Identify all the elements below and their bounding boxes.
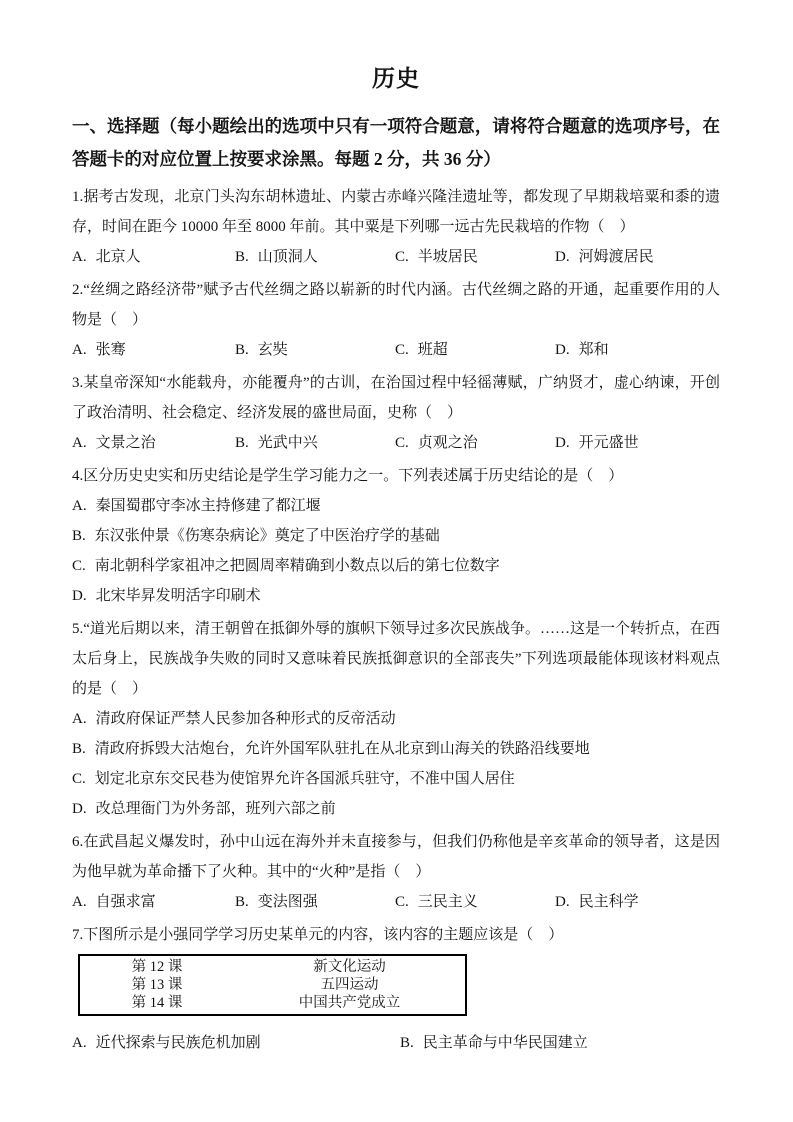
lesson-cell: 第 12 课	[80, 958, 234, 976]
option-b: B.光武中兴	[235, 428, 395, 458]
option-label: A.	[72, 249, 87, 265]
option-label: D.	[555, 894, 570, 910]
option-label: A.	[72, 711, 87, 727]
option-c: C.南北朝科学家祖冲之把圆周率精确到小数点以后的第七位数字	[72, 551, 720, 581]
option-d: D.开元盛世	[555, 428, 720, 458]
option-c: C.三民主义	[395, 887, 555, 917]
option-text: 改总理衙门为外务部，班列六部之前	[96, 801, 336, 817]
exam-page: 历史 一、选择题（每小题绘出的选项中只有一项符合题意，请将符合题意的选项序号，在…	[0, 0, 793, 1122]
question-6: 6.在武昌起义爆发时，孙中山远在海外并未直接参与，但我们仍称他是辛亥革命的领导者…	[72, 827, 720, 917]
option-label: C.	[72, 771, 86, 787]
section-heading: 一、选择题（每小题绘出的选项中只有一项符合题意，请将符合题意的选项序号，在答题卡…	[72, 110, 720, 176]
option-label: A.	[72, 342, 87, 358]
option-label: B.	[235, 249, 249, 265]
options-row: A.自强求富 B.变法图强 C.三民主义 D.民主科学	[72, 887, 720, 917]
table-row: 第 13 课 五四运动	[80, 976, 465, 994]
option-a: A.近代探索与民族危机加剧	[72, 1028, 400, 1058]
option-label: A.	[72, 435, 87, 451]
option-label: D.	[555, 249, 570, 265]
option-b: B.变法图强	[235, 887, 395, 917]
topic-cell: 中国共产党成立	[234, 994, 465, 1012]
option-text: 班超	[418, 342, 448, 358]
option-text: 郑和	[579, 342, 609, 358]
option-label: D.	[555, 342, 570, 358]
option-text: 清政府保证严禁人民参加各种形式的反帝活动	[96, 711, 396, 727]
option-text: 张骞	[96, 342, 126, 358]
question-1: 1.据考古发现，北京门头沟东胡林遗址、内蒙古赤峰兴隆洼遗址等，都发现了早期栽培粟…	[72, 182, 720, 272]
option-label: C.	[395, 342, 409, 358]
topic-cell: 五四运动	[234, 976, 465, 994]
option-text: 河姆渡居民	[579, 249, 654, 265]
option-text: 半坡居民	[418, 249, 478, 265]
option-label: B.	[400, 1035, 414, 1051]
option-label: D.	[72, 588, 87, 604]
option-text: 山顶洞人	[258, 249, 318, 265]
option-label: A.	[72, 1035, 87, 1051]
option-a: A.文景之治	[72, 428, 235, 458]
options-row: A.近代探索与民族危机加剧 B.民主革命与中华民国建立	[72, 1028, 720, 1058]
option-b: B.清政府拆毁大沽炮台，允许外国军队驻扎在从北京到山海关的铁路沿线要地	[72, 734, 720, 764]
option-label: C.	[395, 249, 409, 265]
option-text: 开元盛世	[579, 435, 639, 451]
option-d: D.民主科学	[555, 887, 720, 917]
question-stem: 7.下图所示是小强同学学习历史某单元的内容，该内容的主题应该是（ ）	[72, 920, 720, 950]
question-stem: 5.“道光后期以来，清王朝曾在抵御外辱的旗帜下领导过多次民族战争。……这是一个转…	[72, 614, 720, 704]
option-b: B.玄奘	[235, 335, 395, 365]
options-row: A.张骞 B.玄奘 C.班超 D.郑和	[72, 335, 720, 365]
option-text: 北宋毕昇发明活字印刷术	[96, 588, 261, 604]
option-label: C.	[395, 435, 409, 451]
option-a: A.清政府保证严禁人民参加各种形式的反帝活动	[72, 704, 720, 734]
question-3: 3.某皇帝深知“水能载舟，亦能覆舟”的古训，在治国过程中轻徭薄赋，广纳贤才，虚心…	[72, 368, 720, 458]
option-text: 文景之治	[96, 435, 156, 451]
option-b: B.东汉张仲景《伤寒杂病论》奠定了中医治疗学的基础	[72, 521, 720, 551]
option-c: C.划定北京东交民巷为使馆界允许各国派兵驻守，不准中国人居住	[72, 764, 720, 794]
option-text: 自强求富	[96, 894, 156, 910]
option-c: C.半坡居民	[395, 242, 555, 272]
question-stem: 4.区分历史史实和历史结论是学生学习能力之一。下列表述属于历史结论的是（ ）	[72, 461, 720, 491]
option-d: D.改总理衙门为外务部，班列六部之前	[72, 794, 720, 824]
options-row: A.文景之治 B.光武中兴 C.贞观之治 D.开元盛世	[72, 428, 720, 458]
option-label: D.	[555, 435, 570, 451]
question-4: 4.区分历史史实和历史结论是学生学习能力之一。下列表述属于历史结论的是（ ） A…	[72, 461, 720, 611]
question-2: 2.“丝绸之路经济带”赋予古代丝绸之路以崭新的时代内涵。古代丝绸之路的开通，起重…	[72, 275, 720, 365]
option-text: 民主革命与中华民国建立	[423, 1035, 588, 1051]
option-d: D.郑和	[555, 335, 720, 365]
option-text: 光武中兴	[258, 435, 318, 451]
option-b: B.民主革命与中华民国建立	[400, 1028, 720, 1058]
option-text: 玄奘	[258, 342, 288, 358]
question-stem: 6.在武昌起义爆发时，孙中山远在海外并未直接参与，但我们仍称他是辛亥革命的领导者…	[72, 827, 720, 887]
option-text: 南北朝科学家祖冲之把圆周率精确到小数点以后的第七位数字	[95, 558, 500, 574]
options-row: A.北京人 B.山顶洞人 C.半坡居民 D.河姆渡居民	[72, 242, 720, 272]
question-7: 7.下图所示是小强同学学习历史某单元的内容，该内容的主题应该是（ ） 第 12 …	[72, 920, 720, 1058]
question-stem: 1.据考古发现，北京门头沟东胡林遗址、内蒙古赤峰兴隆洼遗址等，都发现了早期栽培粟…	[72, 182, 720, 242]
option-text: 东汉张仲景《伤寒杂病论》奠定了中医治疗学的基础	[95, 528, 440, 544]
option-a: A.秦国蜀郡守李冰主持修建了都江堰	[72, 491, 720, 521]
option-text: 清政府拆毁大沽炮台，允许外国军队驻扎在从北京到山海关的铁路沿线要地	[95, 741, 590, 757]
option-label: A.	[72, 498, 87, 514]
option-text: 贞观之治	[418, 435, 478, 451]
topic-cell: 新文化运动	[234, 958, 465, 976]
doc-title: 历史	[72, 64, 720, 94]
option-a: A.张骞	[72, 335, 235, 365]
option-text: 近代探索与民族危机加剧	[96, 1035, 261, 1051]
option-label: B.	[235, 342, 249, 358]
lesson-unit-table: 第 12 课 新文化运动 第 13 课 五四运动 第 14 课 中国共产党成立	[78, 954, 467, 1016]
option-a: A.北京人	[72, 242, 235, 272]
option-label: B.	[235, 435, 249, 451]
table-row: 第 12 课 新文化运动	[80, 958, 465, 976]
option-text: 划定北京东交民巷为使馆界允许各国派兵驻守，不准中国人居住	[95, 771, 515, 787]
option-text: 变法图强	[258, 894, 318, 910]
option-a: A.自强求富	[72, 887, 235, 917]
option-text: 秦国蜀郡守李冰主持修建了都江堰	[96, 498, 321, 514]
option-text: 三民主义	[418, 894, 478, 910]
option-label: A.	[72, 894, 87, 910]
option-label: B.	[72, 741, 86, 757]
option-label: B.	[72, 528, 86, 544]
question-stem: 3.某皇帝深知“水能载舟，亦能覆舟”的古训，在治国过程中轻徭薄赋，广纳贤才，虚心…	[72, 368, 720, 428]
option-d: D.北宋毕昇发明活字印刷术	[72, 581, 720, 611]
option-label: C.	[395, 894, 409, 910]
question-5: 5.“道光后期以来，清王朝曾在抵御外辱的旗帜下领导过多次民族战争。……这是一个转…	[72, 614, 720, 824]
option-c: C.贞观之治	[395, 428, 555, 458]
question-stem: 2.“丝绸之路经济带”赋予古代丝绸之路以崭新的时代内涵。古代丝绸之路的开通，起重…	[72, 275, 720, 335]
table-row: 第 14 课 中国共产党成立	[80, 994, 465, 1012]
option-label: B.	[235, 894, 249, 910]
option-label: D.	[72, 801, 87, 817]
option-b: B.山顶洞人	[235, 242, 395, 272]
lesson-cell: 第 14 课	[80, 994, 234, 1012]
option-text: 民主科学	[579, 894, 639, 910]
option-text: 北京人	[96, 249, 141, 265]
option-label: C.	[72, 558, 86, 574]
lesson-cell: 第 13 课	[80, 976, 234, 994]
option-d: D.河姆渡居民	[555, 242, 720, 272]
option-c: C.班超	[395, 335, 555, 365]
